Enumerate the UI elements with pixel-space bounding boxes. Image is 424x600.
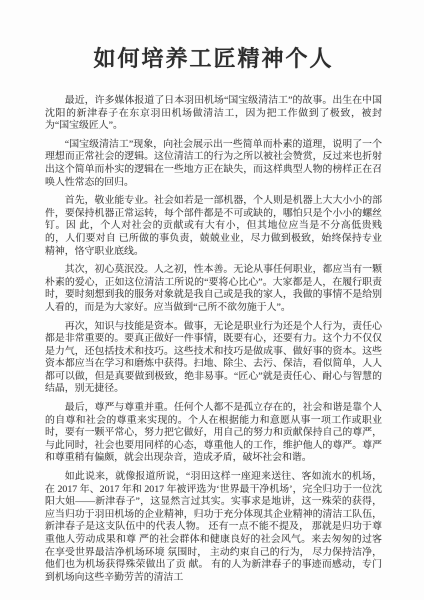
document-body: 最近，许多媒体报道了日本羽田机场“国宝级清洁工”的故事。出生在中国沈阳的新津春子… <box>45 95 382 584</box>
paragraph-second-point: 其次，初心莫泯没。人之初，性本善。无论从事任何职业，都应当有一颗朴素的爱心，正如… <box>45 264 382 314</box>
document-page: 如何培养工匠精神个人 最近，许多媒体报道了日本羽田机场“国宝级清洁工”的故事。出… <box>0 0 424 600</box>
paragraph-fourth-point: 最后，尊严与尊重并重。任何个人都不是孤立存在的，社会和谐是靠个人的自尊和社会的尊… <box>45 402 382 465</box>
paragraph-phenomenon: “国宝级清洁工”现象，向社会展示出一些简单而朴素的道理，说明了一个理想而正常社会… <box>45 139 382 189</box>
paragraph-conclusion: 如此说来，就像报道所说，“羽田这样一座迎来送往、客如流水的机场，在 2017 年… <box>45 471 382 584</box>
paragraph-third-point: 再次，知识与技能是资本。做事，无论是职业行为还是个人行为，责任心都是非常重要的。… <box>45 321 382 397</box>
paragraph-intro: 最近，许多媒体报道了日本羽田机场“国宝级清洁工”的故事。出生在中国沈阳的新津春子… <box>45 95 382 133</box>
document-title: 如何培养工匠精神个人 <box>45 44 382 74</box>
paragraph-first-point: 首先，敬业能专业。社会如若是一部机器，个人则是机器上大大小小的部件，要保持机器正… <box>45 195 382 258</box>
